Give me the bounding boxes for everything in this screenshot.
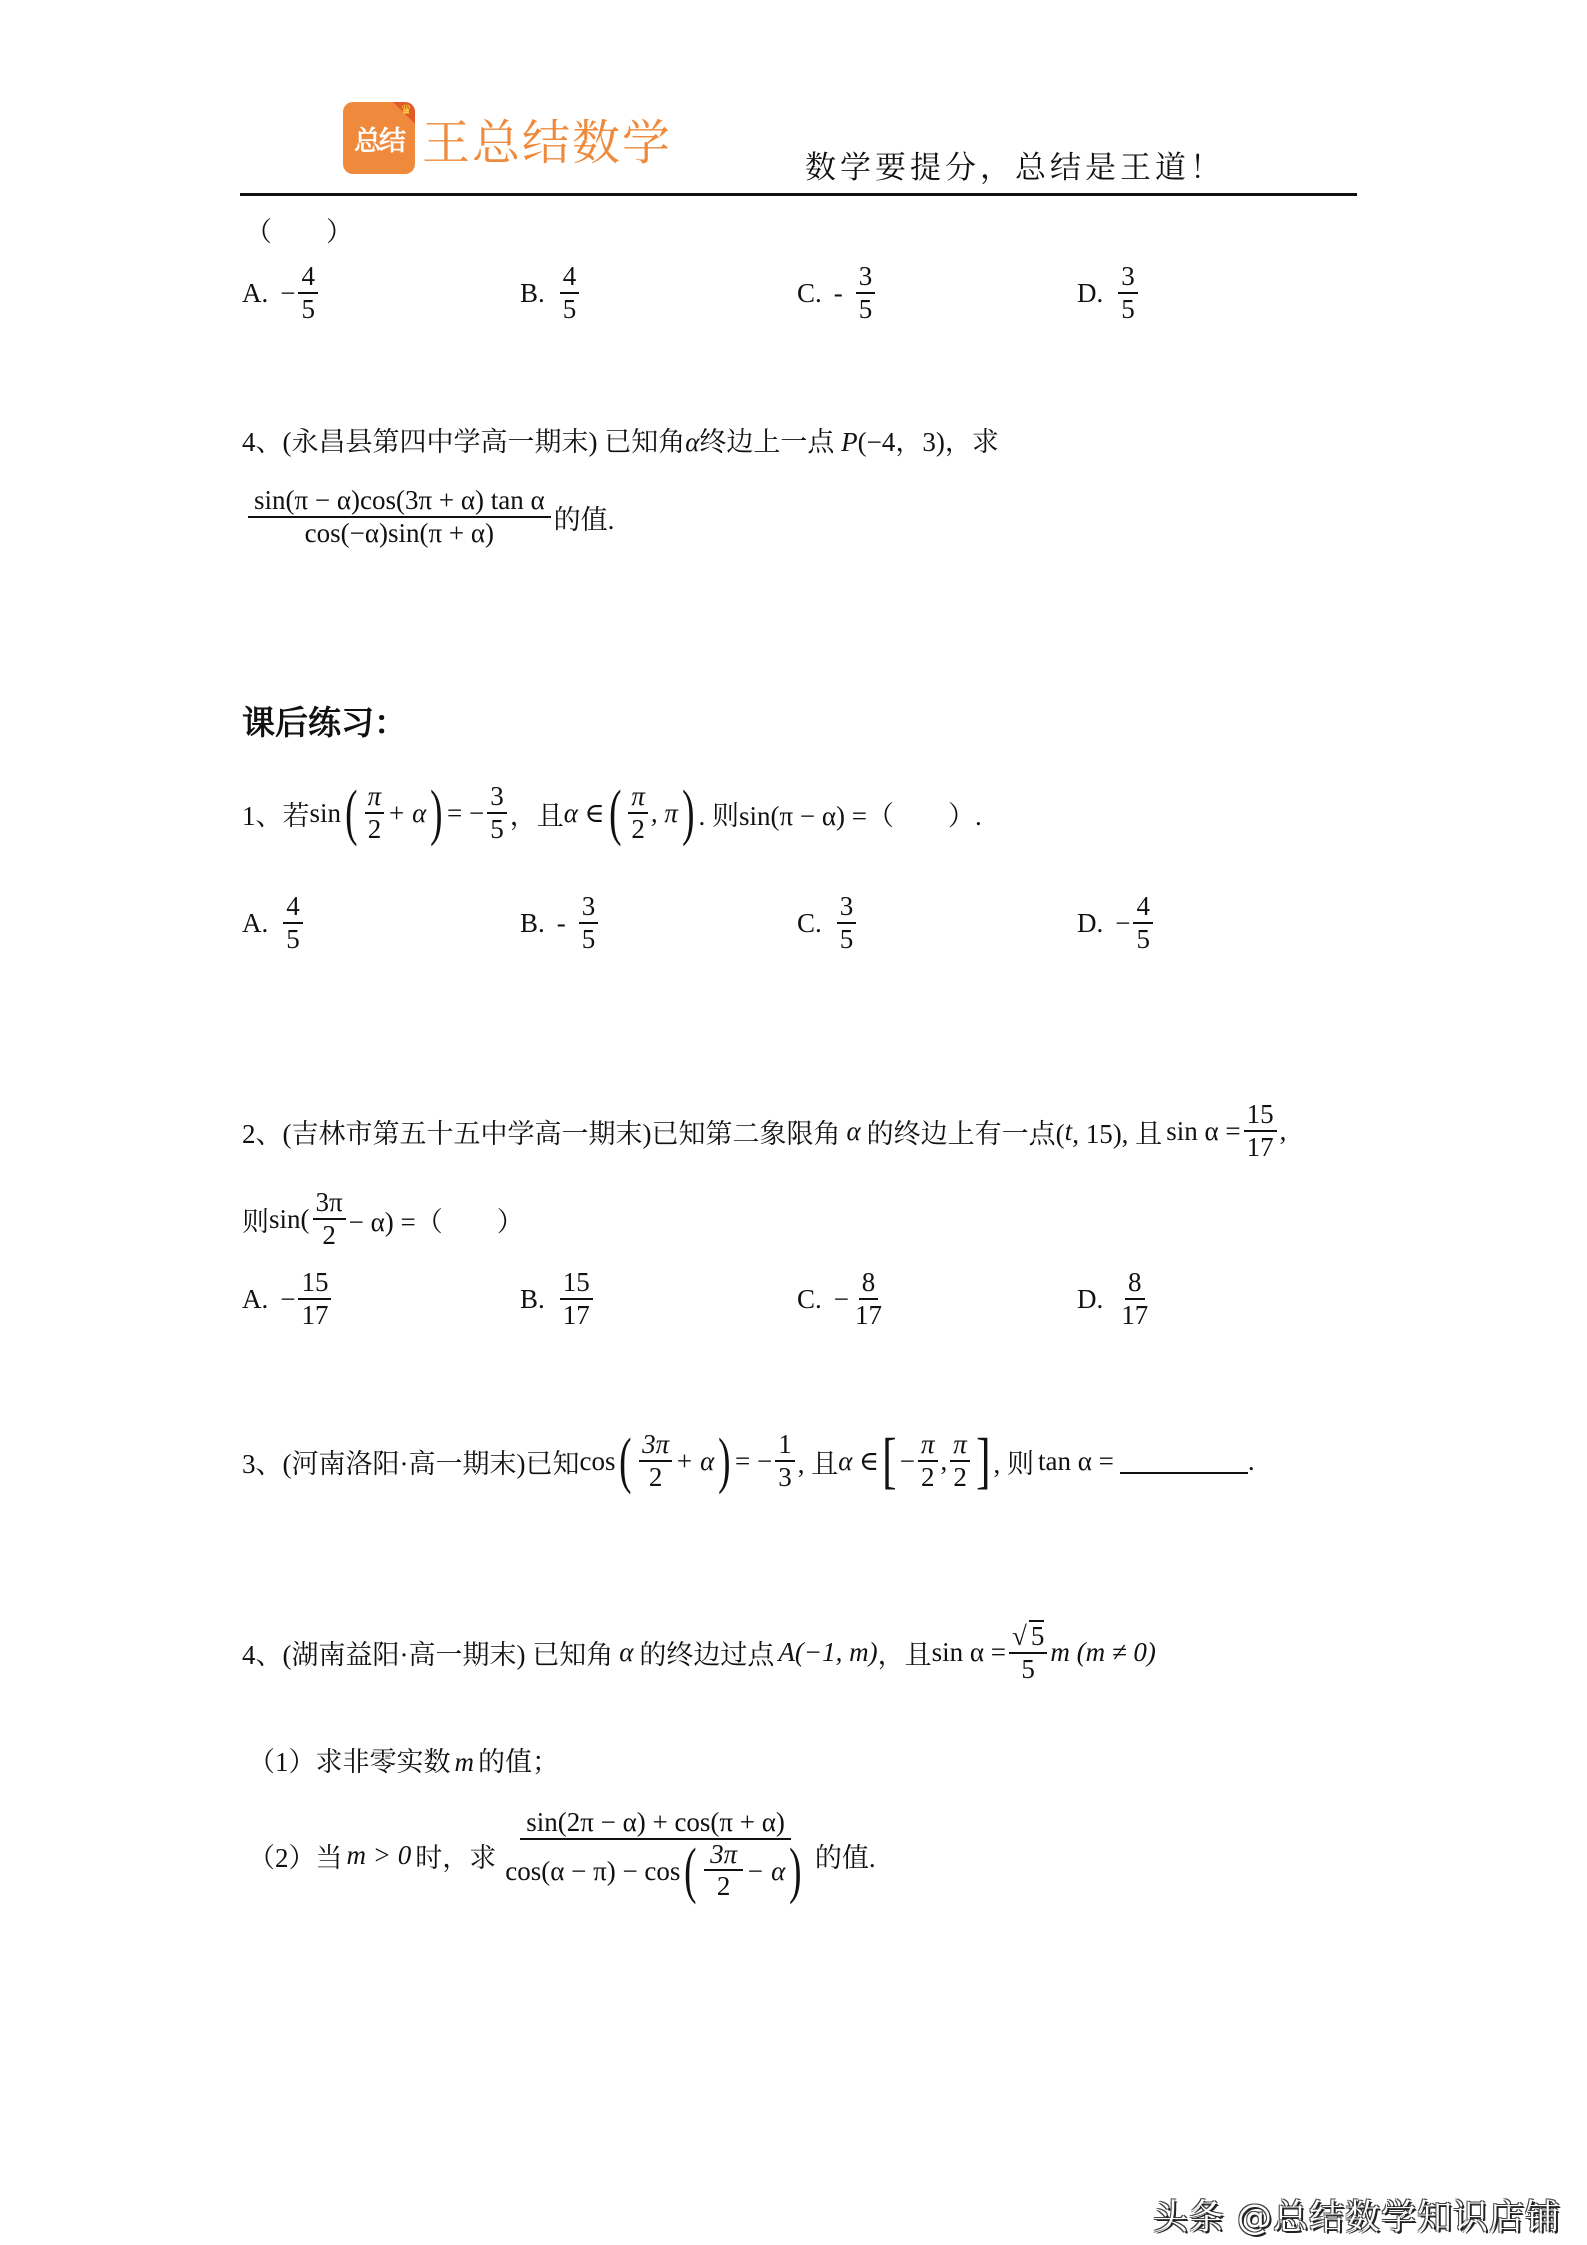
answer-blank-line [1120, 1448, 1248, 1474]
option-label: D. [1077, 278, 1103, 309]
answer-blank: （ ） [245, 210, 353, 249]
exercise-4-stem: 4、(湖南益阳·高一期末) 已知角 α 的终边过点 A(−1, m) ，且 si… [242, 1620, 1156, 1685]
option-fraction: 45 [560, 262, 580, 325]
ex2-option-a: A. − 1517 [242, 1268, 334, 1331]
header-divider [240, 193, 1357, 196]
watermark: 头条 @总结数学知识店铺 [1153, 2190, 1561, 2240]
prev-option-a: A. − 45 [242, 262, 321, 325]
ex2-option-b: B. 1517 [520, 1268, 596, 1331]
ex1-option-b: B. - 35 [520, 892, 601, 955]
option-label: A. [242, 278, 268, 309]
logo-text: 总结 [354, 119, 404, 158]
ex1-option-d: D. − 45 [1077, 892, 1156, 955]
example-q4-stem: 4、(永昌县第四中学高一期末) 已知角α终边上一点 P(−4，3)，求 [242, 420, 999, 459]
brand-logo: ♛ 总结 [343, 102, 415, 174]
option-label: B. [520, 278, 545, 309]
option-fraction: 35 [856, 262, 876, 325]
slogan: 数学要提分，总结是王道！ [805, 142, 1225, 187]
expression-fraction: sin(2π − α) + cos(π + α) cos(α − π) − co… [499, 1808, 812, 1902]
option-label: C. [797, 278, 822, 309]
prev-option-b: B. 45 [520, 262, 582, 325]
exercise-3-stem: 3、(河南洛阳·高一期末)已知 cos ( 3π2 + α ) = − 13 ,… [242, 1430, 1255, 1493]
exercise-4-part-1: （1）求非零实数m的值； [248, 1740, 559, 1779]
option-sign: − [280, 278, 295, 309]
ex1-option-a: A. 45 [242, 892, 306, 955]
ex2-option-d: D. 817 [1077, 1268, 1154, 1331]
section-title: 课后练习： [242, 697, 407, 744]
option-fraction: 35 [1118, 262, 1138, 325]
expression-fraction: sin(π − α)cos(3π + α) tan α cos(−α)sin(π… [248, 486, 551, 549]
crown-icon: ♛ [400, 103, 412, 118]
exercise-2-question: 则 sin( 3π2 − α) =（ ） [242, 1188, 524, 1251]
option-fraction: 45 [298, 262, 318, 325]
exercise-2-stem: 2、(吉林市第五十五中学高一期末)已知第二象限角 α 的终边上有一点(t, 15… [242, 1100, 1286, 1163]
prev-option-d: D. 35 [1077, 262, 1141, 325]
example-q4-expression: sin(π − α)cos(3π + α) tan α cos(−α)sin(π… [245, 486, 614, 549]
ex2-option-c: C. − 817 [797, 1268, 888, 1331]
exercise-4-part-2: （2）当 m > 0 时，求 sin(2π − α) + cos(π + α) … [248, 1808, 876, 1902]
ex1-option-c: C. 35 [797, 892, 859, 955]
option-sign: - [834, 278, 843, 309]
brand-name: 王总结数学 [422, 104, 672, 173]
exercise-1-stem: 1、若 sin ( π2 + α ) = − 35 ，且 α ∈ ( π2 , … [242, 782, 982, 845]
prev-option-c: C. - 35 [797, 262, 878, 325]
